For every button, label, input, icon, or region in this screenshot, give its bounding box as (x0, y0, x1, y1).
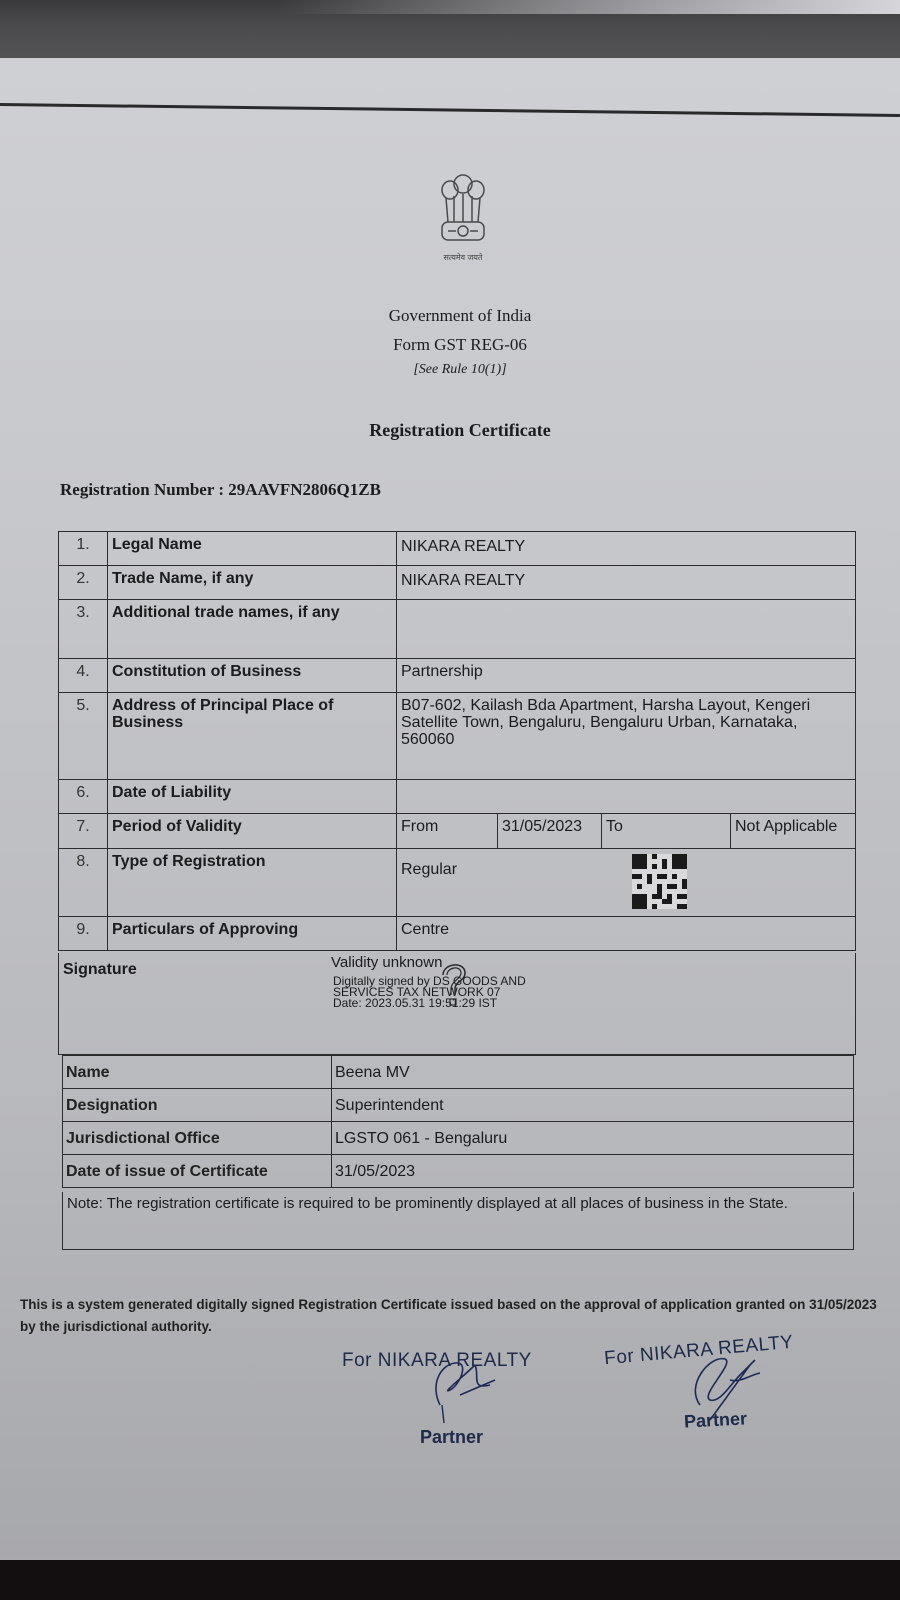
approving-officer-table: Name Beena MV Designation Superintendent… (62, 1055, 854, 1188)
registration-number: Registration Number : 29AAVFN2806Q1ZB (60, 480, 381, 500)
table-row: Jurisdictional Office LGSTO 061 - Bengal… (63, 1122, 854, 1155)
display-note: Note: The registration certificate is re… (62, 1192, 854, 1250)
registration-number-label: Registration Number : (60, 480, 224, 499)
handwritten-signature-icon (420, 1345, 510, 1425)
address-value: B07-602, Kailash Bda Apartment, Harsha L… (397, 693, 856, 780)
table-row: Designation Superintendent (63, 1089, 854, 1122)
emblem-motto: सत्यमेव जयते (430, 252, 496, 263)
government-heading: Government of India (300, 306, 620, 326)
signed-date: Date: 2023.05.31 19:51:29 IST (333, 998, 526, 1009)
officer-name-value: Beena MV (332, 1056, 854, 1089)
row-label: Additional trade names, if any (108, 600, 397, 659)
registration-type-text: Regular (401, 861, 457, 878)
row-label: Address of Principal Place of Business (108, 693, 397, 780)
constitution-value: Partnership (397, 659, 856, 693)
row-label: Type of Registration (108, 849, 397, 917)
table-row: 1. Legal Name NIKARA REALTY (59, 532, 856, 566)
row-number: 1. (59, 532, 108, 566)
officer-name-label: Name (63, 1056, 332, 1089)
row-label: Legal Name (108, 532, 397, 566)
system-generated-statement: This is a system generated digitally sig… (20, 1294, 890, 1338)
designation-value: Superintendent (332, 1089, 854, 1122)
table-row: 9. Particulars of Approving Centre (59, 917, 856, 951)
row-number: 9. (59, 917, 108, 951)
table-row: 5. Address of Principal Place of Busines… (59, 693, 856, 780)
photo-background-bottom (0, 1560, 900, 1600)
table-row: 3. Additional trade names, if any (59, 600, 856, 659)
table-row: 7. Period of Validity From 31/05/2023 To… (59, 814, 856, 849)
table-row: Name Beena MV (63, 1056, 854, 1089)
signature-validity: Validity unknown (331, 954, 442, 971)
validity-to-value: Not Applicable (731, 814, 856, 849)
jurisdictional-office-label: Jurisdictional Office (63, 1122, 332, 1155)
row-number: 6. (59, 780, 108, 814)
validity-unknown-question-icon (435, 959, 475, 1009)
certificate-title: Registration Certificate (300, 420, 620, 441)
digital-signature-details: Digitally signed by DS GOODS AND SERVICE… (333, 976, 526, 1009)
table-row: Date of issue of Certificate 31/05/2023 (63, 1155, 854, 1188)
additional-trade-names-value (397, 600, 856, 659)
row-label: Period of Validity (108, 814, 397, 849)
validity-from-date: 31/05/2023 (498, 814, 602, 849)
row-label: Trade Name, if any (108, 566, 397, 600)
legal-name-value: NIKARA REALTY (397, 532, 856, 566)
table-row: 2. Trade Name, if any NIKARA REALTY (59, 566, 856, 600)
table-row: 8. Type of Registration Regular (59, 849, 856, 917)
row-number: 3. (59, 600, 108, 659)
row-label: Date of Liability (108, 780, 397, 814)
registration-type-value: Regular (397, 849, 856, 917)
table-row: 4. Constitution of Business Partnership (59, 659, 856, 693)
national-emblem-icon (436, 170, 490, 250)
row-label: Particulars of Approving (108, 917, 397, 951)
registration-number-value: 29AAVFN2806Q1ZB (228, 480, 381, 499)
rule-reference: [See Rule 10(1)] (300, 362, 620, 378)
row-number: 7. (59, 814, 108, 849)
jurisdictional-office-value: LGSTO 061 - Bengaluru (332, 1122, 854, 1155)
designation-label: Designation (63, 1089, 332, 1122)
row-number: 8. (59, 849, 108, 917)
issue-date-value: 31/05/2023 (332, 1155, 854, 1188)
partner-label: Partner (420, 1427, 483, 1448)
validity-from-label: From (397, 814, 498, 849)
validity-to-label: To (602, 814, 731, 849)
qr-code-icon (632, 854, 687, 909)
table-row: 6. Date of Liability (59, 780, 856, 814)
form-number: Form GST REG-06 (300, 335, 620, 355)
registration-details-table: 1. Legal Name NIKARA REALTY 2. Trade Nam… (58, 531, 856, 951)
row-number: 2. (59, 566, 108, 600)
row-label: Constitution of Business (108, 659, 397, 693)
issue-date-label: Date of issue of Certificate (63, 1155, 332, 1188)
approving-authority-value: Centre (397, 917, 856, 951)
trade-name-value: NIKARA REALTY (397, 566, 856, 600)
row-number: 5. (59, 693, 108, 780)
signature-label: Signature (63, 961, 137, 979)
date-of-liability-value (397, 780, 856, 814)
handwritten-signature-icon (680, 1345, 780, 1425)
signature-block: Signature Validity unknown Digitally sig… (58, 953, 856, 1055)
row-number: 4. (59, 659, 108, 693)
